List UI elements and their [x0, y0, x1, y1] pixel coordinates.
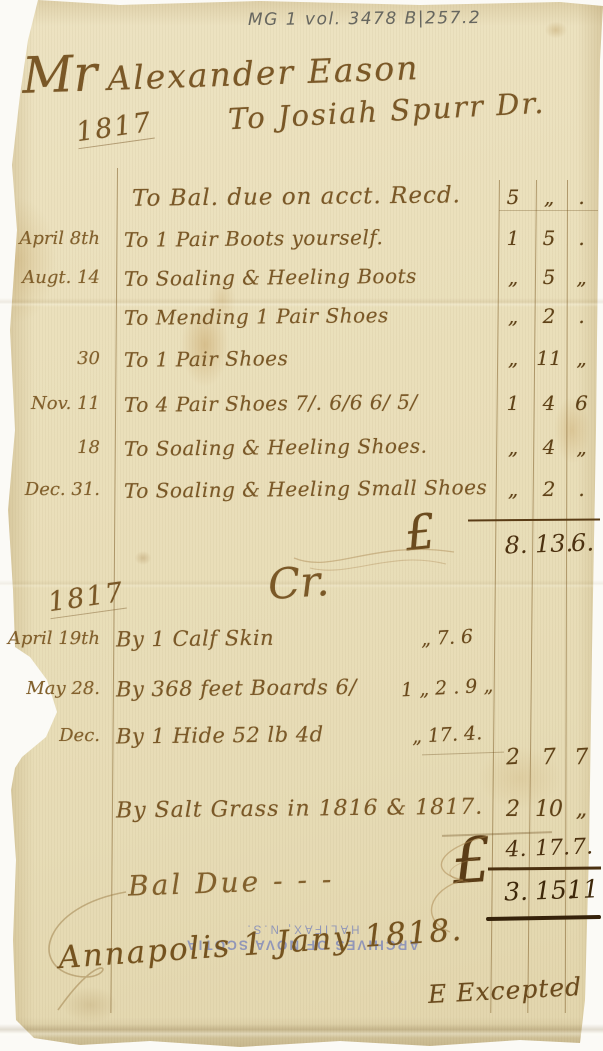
table-row: To Bal. due on acct. Recd. 5 „ .	[4, 176, 598, 218]
debtor-name: Alexander Eason	[107, 48, 420, 98]
pence-value: 6	[565, 391, 598, 415]
subtotal-pence: 7.	[567, 834, 599, 860]
pounds-value: 1	[493, 391, 533, 415]
entry-description: To Soaling & Heeling Shoes.	[110, 433, 493, 461]
total-pounds: 8.	[497, 530, 536, 559]
pence-value: 7	[564, 744, 598, 771]
subtotal-pounds: 4.	[497, 836, 536, 862]
pounds-value: „	[493, 304, 533, 328]
entry-date: Dec.	[4, 725, 110, 746]
balance-pounds: 3.	[497, 876, 536, 906]
pounds-value: 1	[493, 226, 533, 250]
entry-description: To 1 Pair Shoes	[110, 344, 493, 372]
entry-date: 30	[4, 348, 110, 369]
debit-entries-table: To Bal. due on acct. Recd. 5 „ . April 8…	[4, 176, 598, 510]
entry-description: To Soaling & Heeling Boots	[110, 263, 493, 291]
pence-value: „	[565, 346, 598, 370]
pounds-value: „	[493, 265, 533, 289]
total-pence: 6.	[566, 528, 598, 557]
table-row: 18 To Soaling & Heeling Shoes. „ 4 „	[4, 426, 598, 468]
pounds-value: 2	[492, 743, 533, 770]
credit-subtotal-amount: 4. 17. 7.	[497, 834, 599, 863]
table-row: May 28. By 368 feet Boards 6/ 1 „ 2 . 9 …	[4, 664, 598, 712]
shillings-value: 4	[533, 435, 565, 459]
pence-value: „	[565, 265, 598, 289]
entry-date: May 28.	[4, 678, 110, 699]
shillings-value: 7	[532, 744, 565, 771]
scanned-ledger-page: { "archival_note": "MG 1 vol. 3478 B|257…	[0, 0, 603, 1051]
pence-value: „	[565, 797, 598, 822]
entry-description: By 1 Calf Skin	[110, 624, 401, 651]
pounds-value: 2	[493, 797, 533, 822]
inline-amount: „ 17. 4.	[400, 722, 493, 749]
balance-due-amount: 3. 15. 11	[497, 874, 599, 907]
table-row: To Mending 1 Pair Shoes „ 2 .	[4, 296, 598, 336]
entry-description: To Soaling & Heeling Small Shoes	[110, 475, 493, 503]
credit-entries-table: April 19th By 1 Calf Skin „ 7. 6 May 28.…	[4, 612, 598, 832]
entry-description: To 1 Pair Boots yourself.	[110, 224, 493, 252]
credit-heading: Cr.	[266, 556, 330, 609]
balance-shillings: 15.	[535, 875, 568, 905]
pounds-value: „	[493, 477, 533, 501]
entry-date: Augt. 14	[4, 267, 110, 288]
balance-pence: 11	[566, 874, 598, 904]
table-row: April 19th By 1 Calf Skin „ 7. 6	[4, 612, 598, 664]
shillings-value: 4	[533, 391, 565, 415]
pound-sterling-sign: £	[402, 504, 438, 563]
subtotal-shillings: 17.	[535, 835, 568, 861]
table-row: Nov. 11 To 4 Pair Shoes 7/. 6/6 6/ 5/ 1 …	[4, 380, 598, 426]
inline-amount: „ 7. 6	[400, 625, 493, 652]
entry-date: Dec. 31.	[4, 479, 110, 500]
archival-reference-note: MG 1 vol. 3478 B|257.2	[248, 8, 481, 30]
pounds-value: „	[493, 346, 533, 370]
shillings-value: 2	[533, 304, 565, 328]
entry-date: April 19th	[4, 628, 110, 649]
pence-value: .	[565, 226, 598, 250]
entry-date: Nov. 11	[4, 393, 110, 414]
total-shillings: 13.	[535, 529, 568, 558]
shillings-value: 10	[533, 797, 565, 822]
pence-value: .	[565, 477, 598, 501]
entry-description: To Bal. due on acct. Recd.	[110, 182, 493, 212]
table-row: Dec. By 1 Hide 52 lb 4d „ 17. 4. 2 7 7	[4, 712, 598, 758]
pence-value: .	[565, 304, 598, 328]
shillings-value: 5	[533, 226, 565, 250]
entry-description: By Salt Grass in 1816 & 1817.	[110, 795, 401, 823]
pounds-value: 5	[493, 185, 533, 209]
entry-date: 18	[4, 437, 110, 458]
entry-description: By 368 feet Boards 6/	[110, 674, 401, 701]
pound-sterling-brace: £	[450, 823, 494, 899]
entry-description: To Mending 1 Pair Shoes	[110, 302, 493, 330]
entry-date: April 8th	[4, 228, 110, 249]
shillings-value: „	[533, 185, 565, 209]
entry-description: To 4 Pair Shoes 7/. 6/6 6/ 5/	[110, 389, 493, 417]
pounds-value: „	[493, 435, 533, 459]
pence-value: „	[565, 435, 598, 459]
shillings-value: 11	[533, 346, 565, 370]
entry-description: By 1 Hide 52 lb 4d	[110, 721, 401, 748]
table-row: By Salt Grass in 1816 & 1817. 2 10 „	[4, 786, 598, 832]
pence-value: .	[565, 185, 598, 209]
table-row: Dec. 31. To Soaling & Heeling Small Shoe…	[4, 468, 598, 510]
table-row: Augt. 14 To Soaling & Heeling Boots „ 5 …	[4, 258, 598, 296]
inline-amount: 1 „ 2 . 9 „	[400, 675, 493, 702]
shillings-value: 2	[533, 477, 565, 501]
shillings-value: 5	[533, 265, 565, 289]
honorific: Mr	[21, 44, 98, 105]
table-row: 30 To 1 Pair Shoes „ 11 „	[4, 336, 598, 380]
debit-total-amount: 8. 13. 6.	[497, 528, 599, 560]
table-row: April 8th To 1 Pair Boots yourself. 1 5 …	[4, 218, 598, 258]
